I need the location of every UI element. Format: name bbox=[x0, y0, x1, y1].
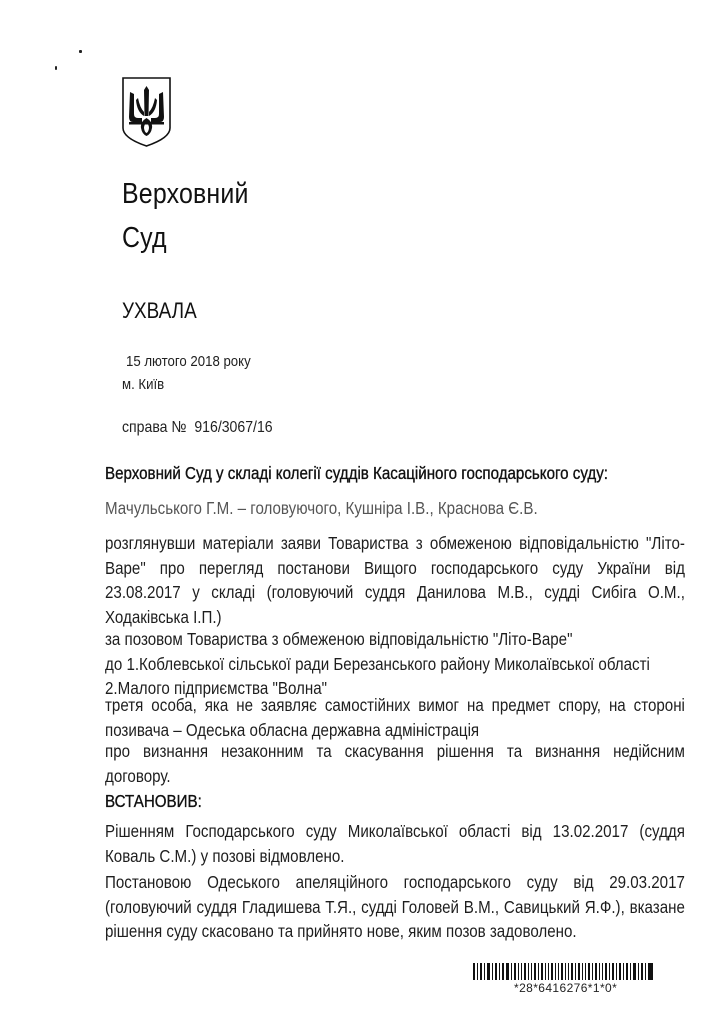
paragraph-line: Постановою Одеського апеляційного господ… bbox=[105, 870, 685, 895]
paragraph-line: (головуючий суддя Гладишева Т.Я., судді … bbox=[105, 895, 685, 920]
third-party-paragraph: третя особа, яка не заявляє самостійних … bbox=[105, 693, 685, 742]
judges-panel-text: Мачульського Г.М. – головуючого, Кушніра… bbox=[105, 496, 685, 521]
decision-date: 15 лютого 2018 року bbox=[126, 353, 251, 370]
paragraph-line: Ходаківська І.П.) bbox=[105, 605, 685, 630]
scan-speck bbox=[55, 66, 57, 70]
case-number: 916/3067/16 bbox=[194, 419, 272, 436]
scan-speck bbox=[79, 50, 82, 53]
barcode-number: *28*6416276*1*0* bbox=[514, 981, 617, 995]
coat-of-arms-icon bbox=[121, 76, 172, 148]
paragraph-line: розглянувши матеріали заяви Товариства з… bbox=[105, 531, 685, 556]
court-name: Верховний Суд bbox=[122, 172, 249, 260]
barcode-icon bbox=[473, 963, 653, 980]
paragraph-line: Рішенням Господарського суду Миколаївськ… bbox=[105, 819, 685, 844]
paragraph-line: рішення суду скасовано та прийнято нове,… bbox=[105, 919, 685, 944]
established-heading: ВСТАНОВИВ: bbox=[105, 789, 685, 814]
paragraph-line: Коваль С.М.) у позові відмовлено. bbox=[105, 844, 685, 869]
paragraph-line: Варе" про перегляд постанови Вищого госп… bbox=[105, 556, 685, 581]
first-instance-paragraph: Рішенням Господарського суду Миколаївськ… bbox=[105, 819, 685, 868]
established-heading-text: ВСТАНОВИВ: bbox=[105, 789, 685, 814]
decision-city: м. Київ bbox=[122, 376, 164, 393]
subject-paragraph: про визнання незаконним та скасування рі… bbox=[105, 739, 685, 788]
paragraph-line: договору. bbox=[105, 764, 685, 789]
appeal-paragraph: Постановою Одеського апеляційного господ… bbox=[105, 870, 685, 944]
judges-panel: Мачульського Г.М. – головуючого, Кушніра… bbox=[105, 496, 685, 521]
court-composition-heading: Верховний Суд у складі колегії суддів Ка… bbox=[105, 461, 685, 486]
considered-paragraph: розглянувши матеріали заяви Товариства з… bbox=[105, 531, 685, 629]
paragraph-line: до 1.Коблевської сільської ради Березанс… bbox=[105, 652, 685, 677]
document-type-title: УХВАЛА bbox=[122, 298, 197, 324]
case-reference: справа № 916/3067/16 bbox=[122, 419, 273, 437]
case-label: справа № bbox=[122, 419, 187, 436]
paragraph-line: третя особа, яка не заявляє самостійних … bbox=[105, 693, 685, 718]
court-name-line1: Верховний bbox=[122, 172, 249, 216]
claim-paragraph: за позовом Товариства з обмеженою відпов… bbox=[105, 627, 685, 701]
court-composition: Верховний Суд у складі колегії суддів Ка… bbox=[105, 461, 685, 486]
paragraph-line: про визнання незаконним та скасування рі… bbox=[105, 739, 685, 764]
court-name-line2: Суд bbox=[122, 216, 249, 260]
paragraph-line: 23.08.2017 у складі (головуючий суддя Да… bbox=[105, 580, 685, 605]
paragraph-line: за позовом Товариства з обмеженою відпов… bbox=[105, 627, 685, 652]
